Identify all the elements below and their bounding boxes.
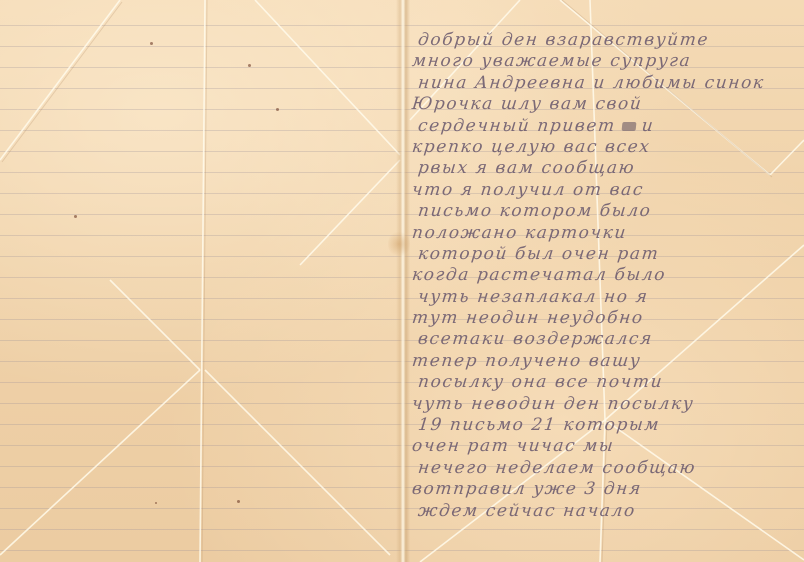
letter-line: всетаки воздержался [411, 329, 804, 350]
letter-line: крепко целую вас всех [411, 137, 804, 158]
letter-text: добрый ден взаравствуйте много уважаемые… [412, 30, 804, 522]
letter-line: которой был очен рат [411, 244, 804, 265]
letter-line: много уважаемые супруга [411, 51, 804, 72]
letter-line: рвых я вам сообщаю [411, 158, 804, 179]
letter-line: ждем сейчас начало [411, 501, 804, 522]
letter-line: письмо котором было [411, 201, 804, 222]
center-fold [396, 0, 410, 562]
letter-line-text: и [641, 116, 656, 136]
letter-line: чуть неводин ден посылку [411, 394, 804, 415]
water-stain [388, 230, 410, 258]
letter-sheet: добрый ден взаравствуйте много уважаемые… [0, 0, 804, 562]
letter-line: посылку она все почти [411, 372, 804, 393]
letter-line: что я получил от вас [411, 180, 804, 201]
letter-line: добрый ден взаравствуйте [411, 30, 804, 51]
letter-line: тут неодин неудобно [411, 308, 804, 329]
letter-line: нина Андреевна и любимы синок [411, 73, 804, 94]
letter-line: тепер получено вашу [411, 351, 804, 372]
letter-line: 19 письмо 21 которым [411, 415, 804, 436]
letter-line: положано карточки [411, 223, 804, 244]
letter-line: очен рат чичас мы [411, 436, 804, 457]
ink-blot [621, 122, 636, 131]
letter-line-text: сердечный привет [417, 116, 617, 136]
letter-line: вотправил уже 3 дня [411, 479, 804, 500]
letter-line: чуть незаплакал но я [411, 287, 804, 308]
letter-line: когда растечатал было [411, 265, 804, 286]
letter-line: сердечный привети [411, 116, 804, 137]
letter-line: нечего неделаем сообщаю [411, 458, 804, 479]
letter-line: Юрочка шлу вам свой [411, 94, 804, 115]
